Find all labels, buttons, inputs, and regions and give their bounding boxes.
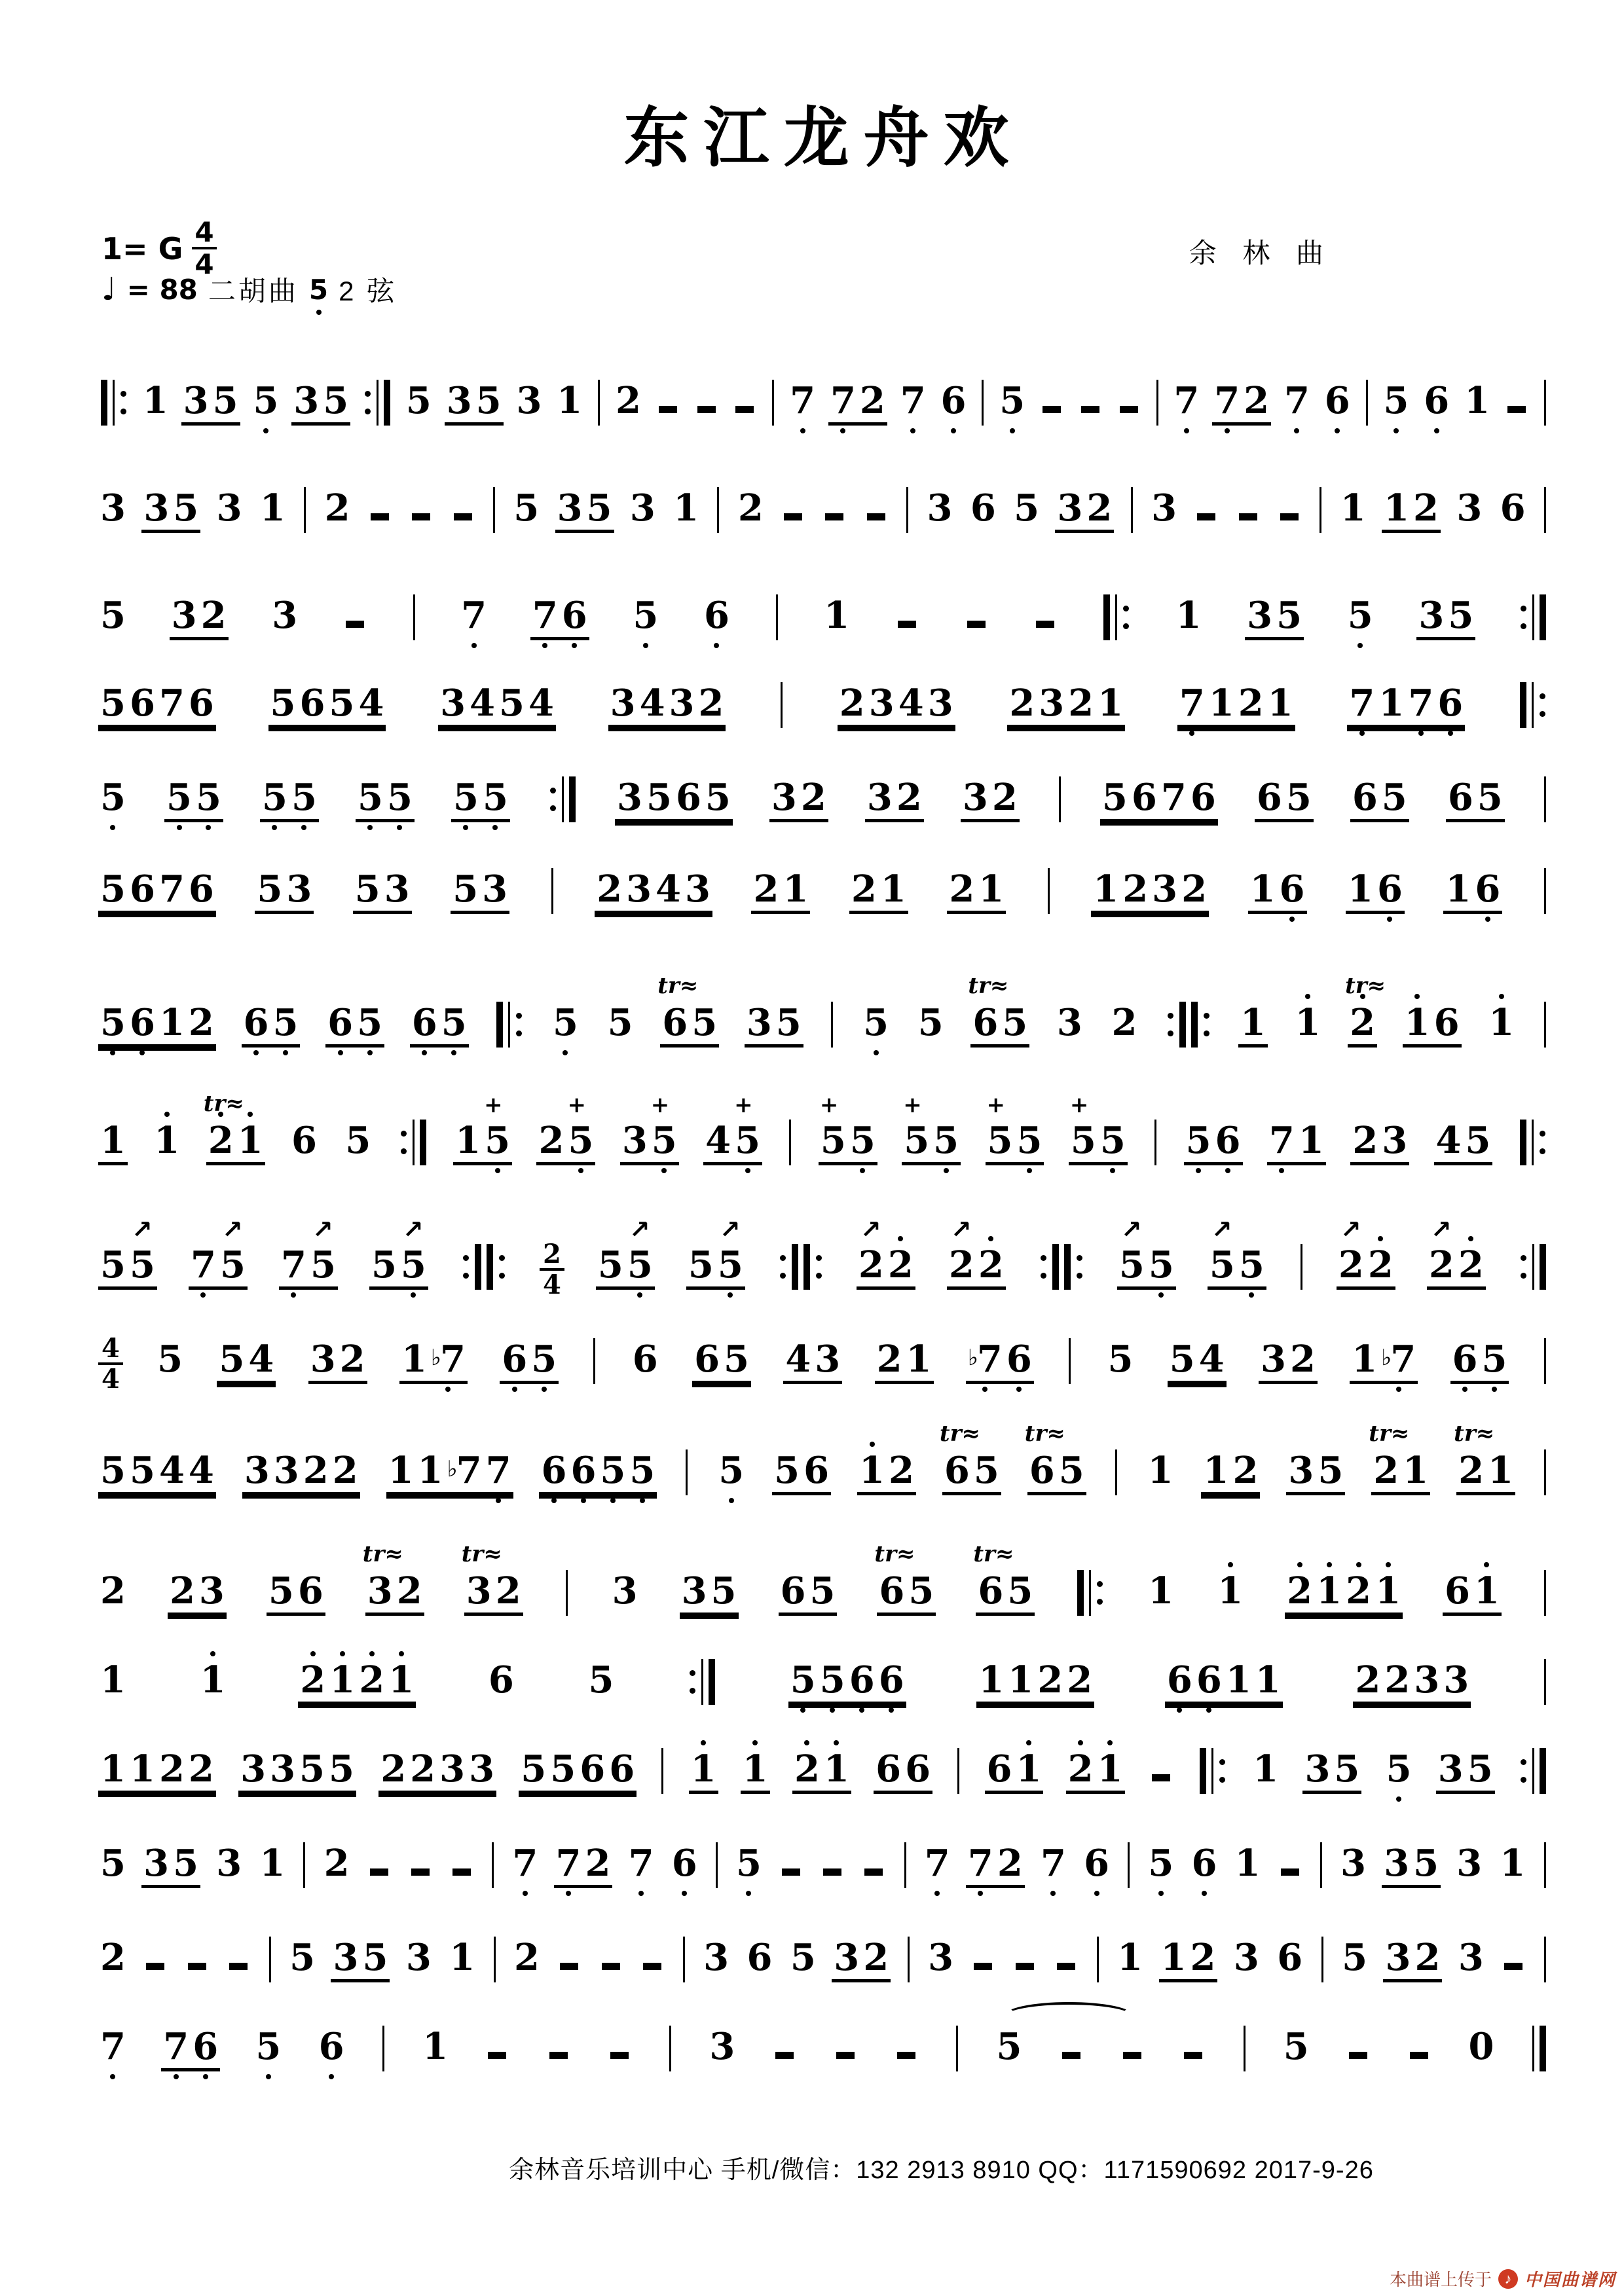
note-group <box>821 490 848 530</box>
barline <box>777 1244 825 1290</box>
barline <box>1094 1937 1101 1982</box>
score-line: 5323776561135535 <box>98 597 1549 649</box>
note-group: 6tr≈5 <box>976 1573 1035 1616</box>
note-group: 5 <box>343 1122 373 1162</box>
note-group: 5 <box>788 1939 818 1979</box>
note-group: 5 <box>606 1004 635 1044</box>
note-group: 5 <box>98 1845 128 1885</box>
note-group: 2343 <box>595 871 712 914</box>
note-group: 5+5 <box>902 1122 961 1165</box>
note-group: 56 <box>772 1452 831 1495</box>
note-group: 2 <box>736 490 766 530</box>
note-group <box>545 2028 572 2068</box>
note-group: 5676 <box>98 685 216 728</box>
note-group: 1 <box>198 1662 228 1702</box>
note-group <box>893 2028 920 2068</box>
note-group: 32 <box>1259 1341 1318 1384</box>
note-group: 5 <box>1381 382 1411 422</box>
note-group <box>819 1845 846 1885</box>
barline <box>1045 868 1052 914</box>
note-group <box>606 2028 633 2068</box>
note-group: 35 <box>1382 1845 1441 1888</box>
barline <box>1056 776 1063 822</box>
note-group <box>365 1845 393 1885</box>
note-group: 65 <box>500 1341 559 1384</box>
note-group: 6 <box>289 1122 319 1162</box>
barline <box>773 594 781 640</box>
note-group: 1 <box>152 1122 181 1162</box>
note-group: 7 <box>898 382 928 422</box>
barline <box>591 1338 598 1384</box>
note-group: 55↗ <box>596 1247 655 1290</box>
note-group: 72 <box>554 1845 613 1888</box>
barline <box>1037 1244 1086 1290</box>
note-group: 72 <box>828 382 887 426</box>
note-group <box>1276 1845 1304 1885</box>
note-group <box>1276 490 1303 530</box>
note-group: 65 <box>1450 1341 1509 1384</box>
barline <box>1541 1002 1549 1048</box>
note-group <box>366 490 394 530</box>
note-group: 2 <box>98 1573 128 1613</box>
note-group: 5 <box>916 1004 946 1044</box>
barline <box>1517 1244 1549 1290</box>
note-group: 6 <box>969 490 998 530</box>
note-group: 2tr≈1 <box>1456 1452 1515 1495</box>
barline <box>979 380 986 426</box>
note-group: 1 <box>822 597 851 637</box>
note-group <box>862 490 890 530</box>
note-group <box>893 597 921 637</box>
note-group <box>771 2028 798 2068</box>
barline <box>397 1120 429 1165</box>
note-group <box>448 1845 475 1885</box>
note-group: 35 <box>331 1939 390 1982</box>
tuning-rest: 2 弦 <box>339 270 397 309</box>
barline <box>489 1842 496 1888</box>
barline <box>490 487 498 533</box>
note-group: 3 <box>214 1845 244 1885</box>
note-group: 55 <box>260 779 319 822</box>
note-group: 1 <box>1146 1573 1175 1613</box>
barline <box>828 1002 836 1048</box>
note-group: 65 <box>242 1004 301 1048</box>
note-group: 7 <box>627 1845 656 1885</box>
score-line: 2535312365323112365323 <box>98 1939 1549 1992</box>
note-group: 5+5 <box>1069 1122 1128 1165</box>
note-group: 1♭7 <box>1350 1341 1418 1384</box>
note-group: 5+5 <box>819 1122 877 1165</box>
score-line: 112121655566112266112233 <box>98 1662 1549 1714</box>
note-group: 1 <box>1215 1573 1245 1613</box>
note-group: 1 <box>689 1751 718 1794</box>
note-group: 5 <box>1012 490 1041 530</box>
barline <box>460 1244 508 1290</box>
note-group: 3 <box>926 1939 955 1979</box>
note-group: 3 <box>404 1939 434 1979</box>
barline <box>1530 2026 1549 2071</box>
note-group: 11♭77 <box>386 1452 513 1495</box>
note-group: 5 <box>586 1662 616 1702</box>
note-group: 5↗5 <box>1208 1247 1266 1290</box>
note-group: 3322 <box>242 1452 360 1495</box>
note-group: 65 <box>1350 779 1409 822</box>
piece-type: 二胡曲 <box>208 270 299 309</box>
note-group: 61 <box>985 1751 1044 1794</box>
barline <box>1128 487 1135 533</box>
note-group: 7 <box>923 1845 952 1885</box>
note-group: 56 <box>267 1573 325 1616</box>
barline <box>1517 682 1549 728</box>
note-group: 35+ <box>620 1122 679 1165</box>
score-line: 567653535323432121211232161616 <box>98 871 1549 923</box>
note-group: 6 <box>631 1341 660 1381</box>
site-logo-icon: ♪ <box>1498 2269 1518 2289</box>
note-group: 21 <box>849 871 908 914</box>
note-group: 3 <box>610 1573 640 1613</box>
note-group: 5 <box>1282 2028 1311 2068</box>
note-group <box>1344 2028 1372 2068</box>
note-group <box>1192 490 1220 530</box>
note-group: 5 <box>1384 1751 1414 1791</box>
note-group <box>1011 1939 1039 1979</box>
note-group: 35 <box>1245 597 1304 640</box>
barline <box>563 1570 570 1616</box>
meta-row: 1= G 4 4 余 林 曲 ♩ = 88 二胡曲 5 2 弦 <box>98 206 1549 304</box>
note-group: 65 <box>1446 779 1505 822</box>
note-group: 35 <box>141 490 200 533</box>
watermark-brand: 中国曲谱网 <box>1524 2267 1616 2291</box>
note-group: 32 <box>865 779 924 822</box>
barline <box>1298 1244 1305 1290</box>
note-group: 54 <box>217 1341 276 1384</box>
note-group: 7 <box>1039 1845 1068 1885</box>
barline <box>547 776 578 822</box>
barline <box>778 682 785 728</box>
barline <box>902 1842 909 1888</box>
barline <box>953 2026 961 2071</box>
note-group: 5 <box>287 1939 317 1979</box>
note-group: 5+5 <box>986 1122 1044 1165</box>
tuning-note-low: 5 <box>309 274 328 306</box>
low-octave-dot <box>316 310 322 315</box>
note-group: 5 <box>734 1845 764 1885</box>
note-group: 1 <box>98 1662 128 1702</box>
note-group: 3 <box>701 1939 731 1979</box>
note-group <box>1500 1939 1527 1979</box>
note-group: 16 <box>1346 871 1405 914</box>
note-group: 2↗2 <box>857 1247 915 1290</box>
note-group: 35 <box>291 382 350 426</box>
note-group <box>654 382 682 422</box>
barline <box>411 594 418 640</box>
note-group: 2321 <box>1007 685 1125 728</box>
note-group <box>777 1845 805 1885</box>
barline <box>1541 1449 1549 1495</box>
note-group: 53 <box>353 871 412 914</box>
barline <box>1541 1570 1549 1616</box>
barline <box>1541 1659 1549 1705</box>
note-group: 16 <box>1443 871 1502 914</box>
note-group <box>597 1939 625 1979</box>
note-group: 12 <box>1159 1939 1218 1982</box>
note-group: 72 <box>966 1845 1025 1888</box>
barline <box>714 487 722 533</box>
note-group: 75↗ <box>189 1247 248 1290</box>
note-group: 5 <box>861 1004 891 1044</box>
barline <box>361 380 393 426</box>
note-group: 1122 <box>98 1751 216 1794</box>
note-group: 65 <box>410 1004 469 1048</box>
note-group: 3 <box>1456 1939 1486 1979</box>
score-line: 5353127727657727656133531 <box>98 1845 1549 1897</box>
note-group <box>1118 2028 1146 2068</box>
note-group: 6 <box>487 1662 516 1702</box>
note-group: 5 <box>1340 1939 1369 1979</box>
note-group: 2 <box>614 382 643 422</box>
score-line: 5544332211♭776655556126tr≈56tr≈5112352tr… <box>98 1452 1549 1504</box>
note-group <box>1115 382 1143 422</box>
score-line: 112tr≈16515+25+35+45+5+55+55+55+55671234… <box>98 1122 1549 1175</box>
note-group <box>1179 2028 1207 2068</box>
note-group: 3 <box>1338 1845 1368 1885</box>
footer-contact: 余林音乐培训中心 手机/微信：132 2913 8910 QQ：11715906… <box>98 2149 1549 2185</box>
note-group: 3432 <box>608 685 726 728</box>
note-group: 54 <box>1168 1341 1227 1384</box>
barline <box>1541 380 1549 426</box>
note-group: 12 <box>857 1452 916 1495</box>
note-group: 6611 <box>1165 1662 1283 1705</box>
note-group: 3454 <box>438 685 556 728</box>
note-group: 35 <box>680 1573 739 1616</box>
note-group: 6 <box>702 597 731 637</box>
barline <box>1317 487 1324 533</box>
note-group: 5 <box>716 1452 746 1492</box>
barline <box>904 487 911 533</box>
note-group <box>225 1939 252 1979</box>
note-group: 7121 <box>1177 685 1295 728</box>
note-group: 5 <box>551 1004 580 1044</box>
note-group: 25+ <box>536 1122 595 1165</box>
barline <box>380 2026 387 2071</box>
note-group: 5676 <box>98 871 216 914</box>
barline <box>1113 1449 1120 1495</box>
note-group: 55↗ <box>686 1247 745 1290</box>
note-group <box>1147 1751 1175 1791</box>
barline <box>491 1937 498 1982</box>
note-group: 71 <box>1267 1122 1326 1165</box>
barline <box>1318 1842 1325 1888</box>
note-group: 32 <box>832 1939 891 1982</box>
note-group: 3 <box>1149 490 1179 530</box>
barline <box>1164 1002 1213 1048</box>
note-group: 5 <box>155 1341 185 1381</box>
barline <box>1363 380 1371 426</box>
note-group: 1 <box>1146 1452 1175 1492</box>
note-group: 3tr≈2 <box>464 1573 523 1616</box>
note-group: 6 <box>670 1845 699 1885</box>
note-group: 5 <box>511 490 541 530</box>
note-group: 5612 <box>98 1004 216 1048</box>
barline <box>301 487 308 533</box>
note-group: 5 <box>1146 1845 1175 1885</box>
barline <box>1066 1338 1073 1384</box>
note-group: 7 <box>510 1845 540 1885</box>
note-group: 2 <box>98 1939 128 1979</box>
score-line: 33531253531236532311236 <box>98 490 1549 542</box>
key-label: 1= G <box>101 231 183 266</box>
barline <box>1101 594 1132 640</box>
note-group <box>1038 382 1065 422</box>
note-group: 6 <box>1498 490 1528 530</box>
note-group: 3 <box>707 2028 737 2068</box>
barline <box>769 380 777 426</box>
note-group: 32 <box>769 779 828 822</box>
note-group: 55↗ <box>98 1247 157 1290</box>
note-group: 1 <box>258 490 287 530</box>
note-group <box>483 2028 511 2068</box>
note-group: 6tr≈5 <box>660 1004 719 1048</box>
barline <box>595 380 602 426</box>
note-group: 55 <box>451 779 510 822</box>
meter-numerator: 4 <box>192 219 216 247</box>
note-group: 0 <box>1466 2028 1496 2068</box>
note-group: 2tr≈ <box>1348 1004 1377 1048</box>
barline <box>1517 1748 1549 1794</box>
note-group: 72 <box>1212 382 1271 426</box>
note-group: 6 <box>1323 382 1352 422</box>
note-group: 65 <box>692 1341 751 1384</box>
note-group: 1 <box>1498 1845 1527 1885</box>
sheet-page: 东江龙舟欢 1= G 4 4 余 林 曲 ♩ = 88 二胡曲 5 2 弦 13… <box>0 0 1624 2185</box>
note-group: 5676 <box>1100 779 1218 822</box>
note-group: 5 <box>251 382 280 422</box>
note-group: 1 <box>1174 597 1204 637</box>
note-group: 3 <box>98 490 128 530</box>
note-group: 1 <box>257 1845 287 1885</box>
note-group: 12 <box>1382 490 1441 533</box>
note-group: 6 <box>1082 1845 1111 1885</box>
note-group <box>407 1845 434 1885</box>
note-group: ♭76 <box>966 1341 1034 1384</box>
barline <box>1517 594 1549 640</box>
note-group: 7 <box>459 597 489 637</box>
note-group: 6tr≈5 <box>877 1573 936 1616</box>
note-group <box>1234 490 1262 530</box>
note-group <box>779 490 807 530</box>
note-group <box>1031 597 1059 637</box>
note-group: 7 <box>1172 382 1201 422</box>
note-group: 5 <box>253 2028 283 2068</box>
note-group <box>832 2028 859 2068</box>
note-group: 6655 <box>539 1452 657 1495</box>
note-group: 2 <box>323 490 352 530</box>
note-group: 35 <box>141 1845 200 1888</box>
note-group: 53 <box>451 871 509 914</box>
score-line: 13553553531277276577276561 <box>98 382 1549 435</box>
note-group: 2121 <box>298 1662 416 1705</box>
note-group: 3 <box>925 490 955 530</box>
note-group: 16 <box>1248 871 1307 914</box>
note-group: 1 <box>555 382 584 422</box>
note-group: 3 <box>1055 1004 1084 1044</box>
note-group: 23 <box>168 1573 227 1616</box>
note-group: 65 <box>325 1004 384 1048</box>
note-group: 3355 <box>238 1751 356 1794</box>
note-group: 1 <box>1115 1939 1145 1979</box>
score-line: 55↗75↗75↗55↗2455↗55↗2↗22↗25↗55↗52↗22↗2 <box>98 1247 1549 1299</box>
note-group: 5 <box>98 597 128 637</box>
note-group: 3 <box>1454 1845 1484 1885</box>
note-group: 66 <box>874 1751 932 1794</box>
note-group: 1122 <box>976 1662 1094 1705</box>
note-group <box>1405 2028 1433 2068</box>
barline <box>786 1120 794 1165</box>
note-group: 76 <box>161 2028 220 2071</box>
note-group: 15+ <box>453 1122 512 1165</box>
note-group: 1 <box>671 490 701 530</box>
note-group: 32 <box>961 779 1020 822</box>
page-title: 东江龙舟欢 <box>98 85 1549 179</box>
note-group: 21 <box>875 1341 934 1384</box>
note-group: 5↗5 <box>1117 1247 1176 1290</box>
barline <box>713 1842 720 1888</box>
note-group: 1 <box>141 382 170 422</box>
note-group: 1 <box>447 1939 477 1979</box>
note-group <box>555 1939 583 1979</box>
note-group: 1232 <box>1091 871 1209 914</box>
note-group: 35 <box>555 490 614 533</box>
note-group: 2 <box>322 1845 352 1885</box>
note-group: 6 <box>939 382 969 422</box>
note-group: 35 <box>745 1004 803 1048</box>
barline <box>549 868 556 914</box>
note-group: 3 <box>1454 490 1484 530</box>
note-group: 6tr≈5 <box>1027 1452 1086 1495</box>
note-group: 6 <box>317 2028 346 2068</box>
note-group: 21 <box>751 871 810 914</box>
note-group: 6tr≈5 <box>970 1004 1029 1048</box>
note-group: 55 <box>356 779 415 822</box>
score-line: 55555555535653232325676656565 <box>98 779 1549 831</box>
note-group: 23 <box>1350 1122 1409 1165</box>
note-group <box>407 490 435 530</box>
barline <box>1517 1120 1549 1165</box>
note-group: 75↗ <box>279 1247 338 1290</box>
note-group <box>1058 2028 1085 2068</box>
note-group: 1 <box>1338 490 1368 530</box>
note-group: 2↗2 <box>947 1247 1006 1290</box>
note-group: 35 <box>1286 1452 1345 1495</box>
barline <box>955 1748 962 1794</box>
barline <box>1319 1937 1326 1982</box>
barline <box>1154 380 1161 426</box>
note-group: 5566 <box>788 1662 906 1705</box>
score-line: 223563tr≈23tr≈2335656tr≈56tr≈511212161 <box>98 1573 1549 1625</box>
note-group: 32 <box>1055 490 1114 533</box>
note-group: 2tr≈1 <box>206 1122 265 1165</box>
note-group: 5 <box>995 2028 1024 2068</box>
note-group: 5 <box>1346 597 1375 637</box>
note-group: 2343 <box>838 685 955 728</box>
note-group: 3 <box>270 597 299 637</box>
barline <box>267 1937 274 1982</box>
barline <box>659 1748 666 1794</box>
quarter-note-icon: ♩ <box>101 271 117 308</box>
note-group <box>183 1939 211 1979</box>
note-group: 35 <box>1302 1751 1361 1794</box>
barline <box>301 1842 308 1888</box>
